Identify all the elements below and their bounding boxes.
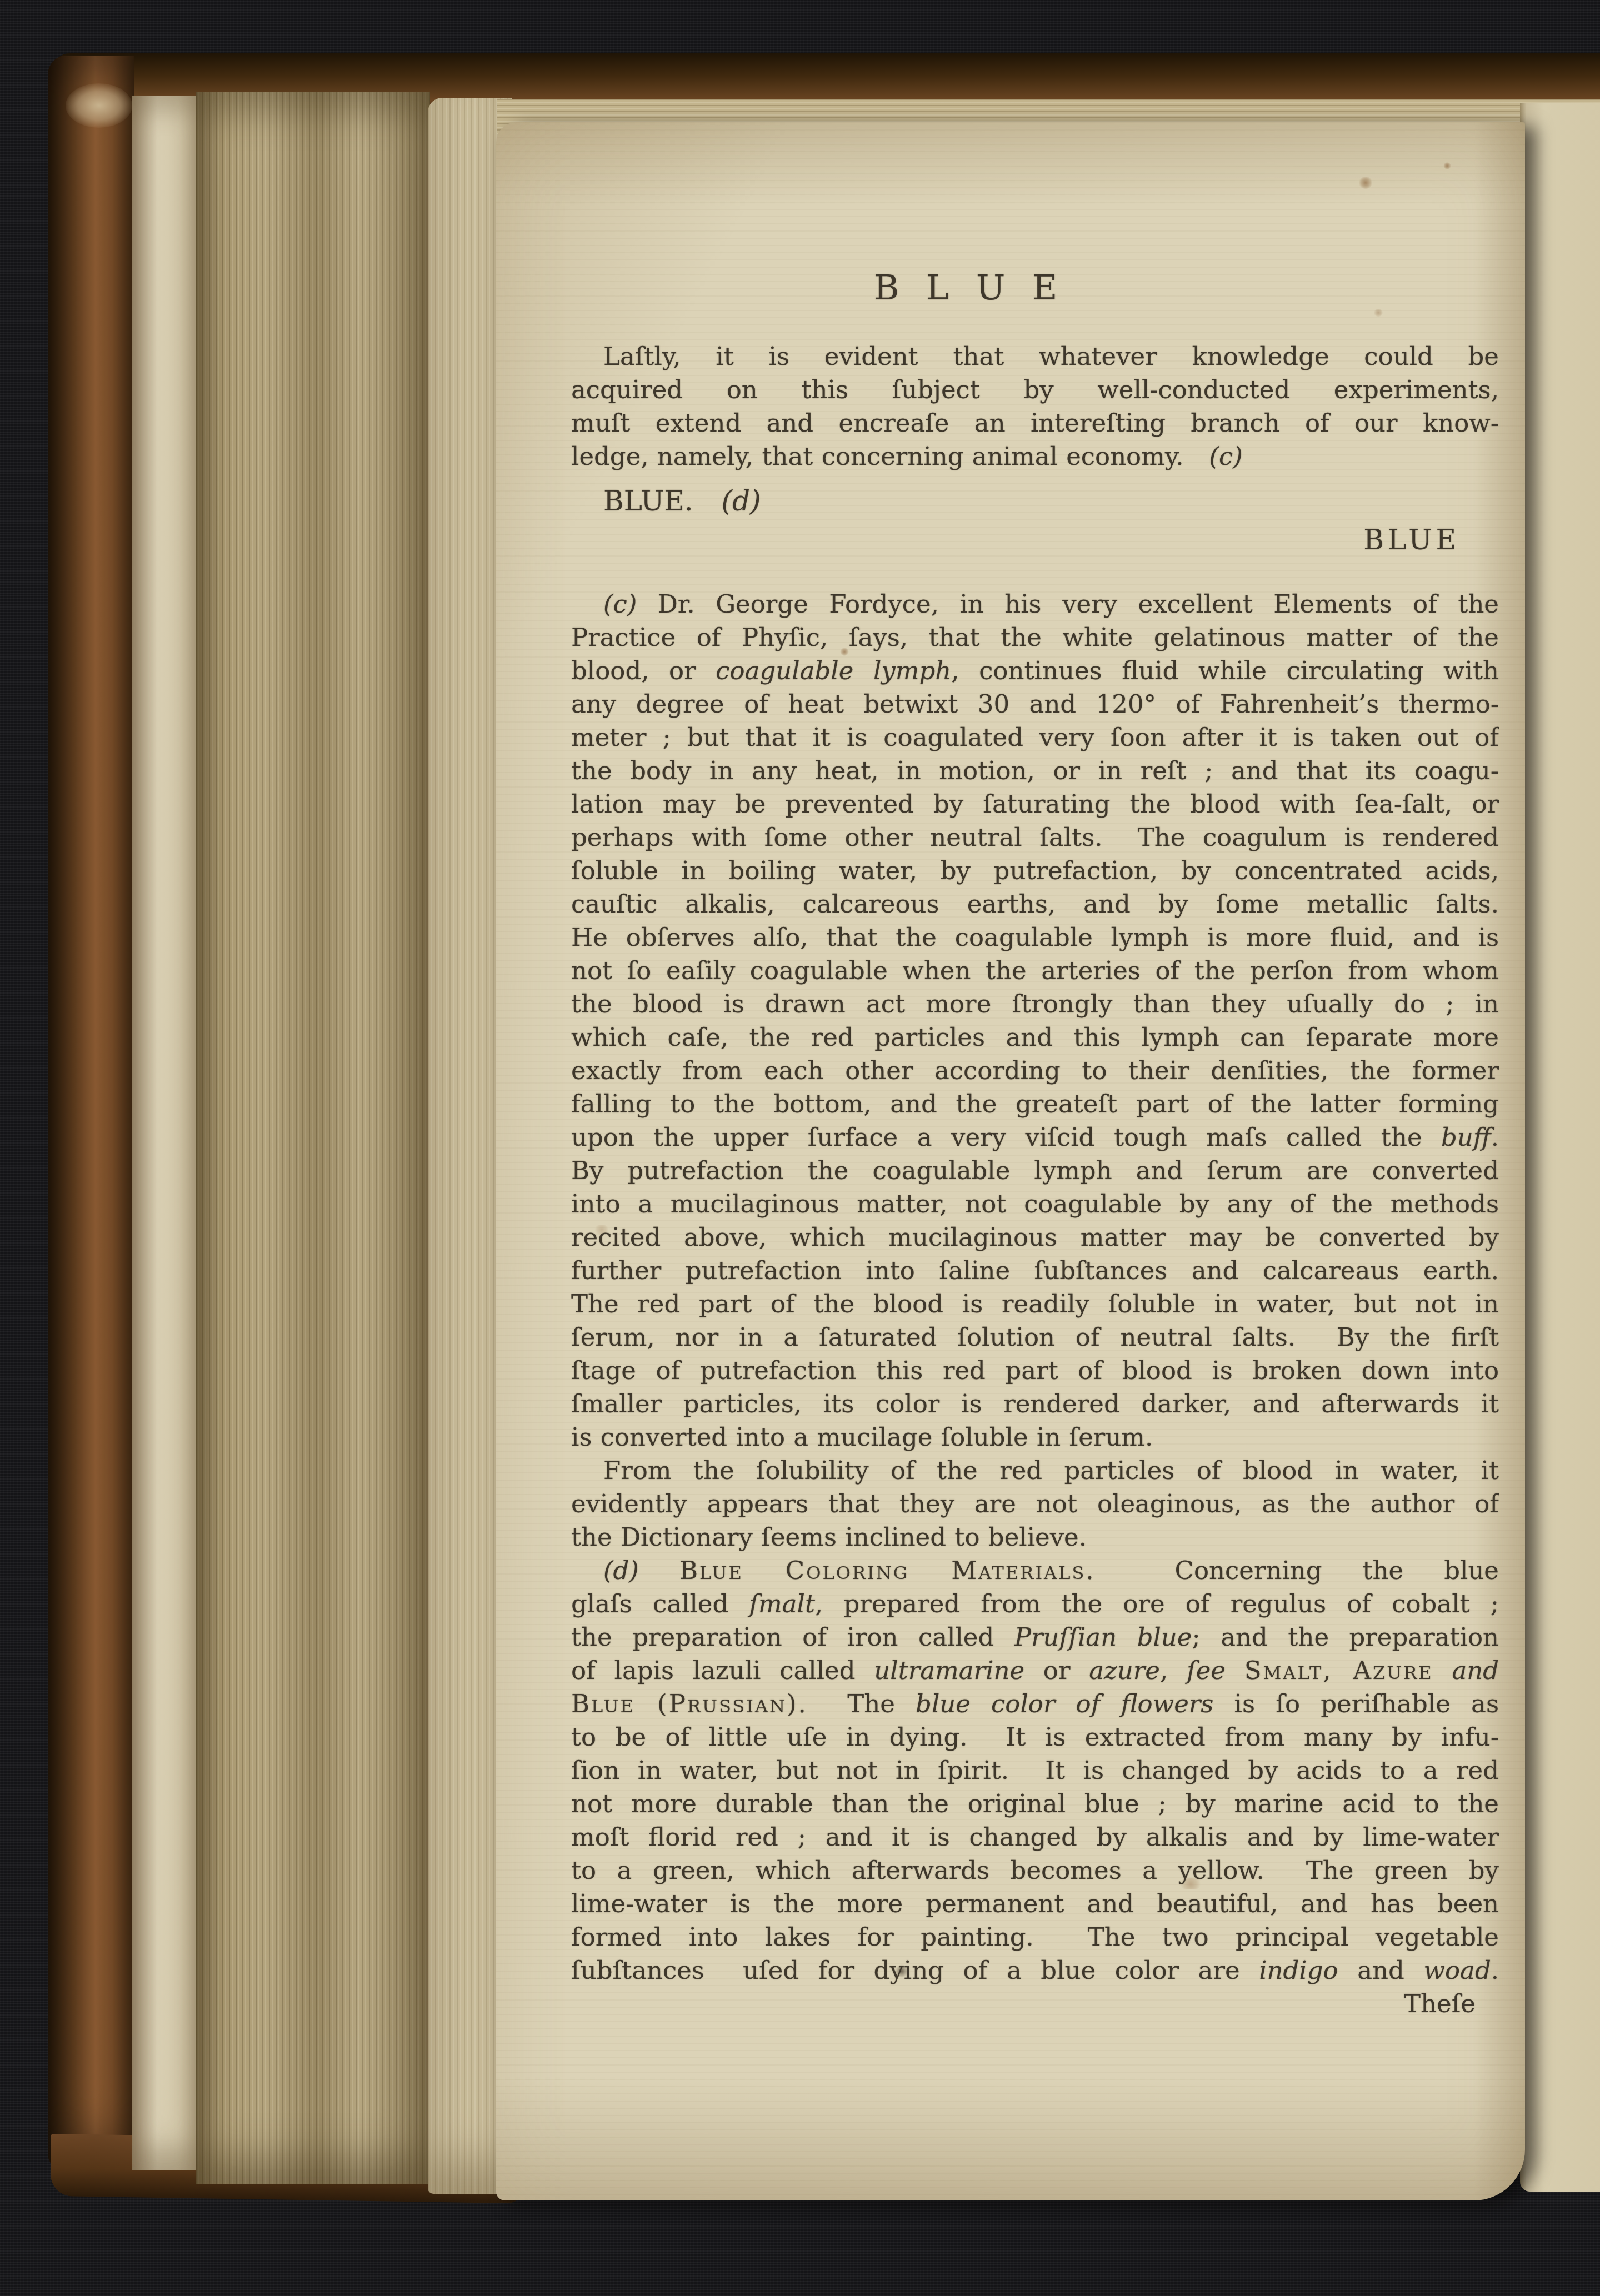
text-segment: the blood is drawn act more ſtrongly tha… bbox=[571, 989, 1499, 1019]
text-segment: is ſo periſhable as bbox=[1213, 1689, 1499, 1718]
text-segment: ; and the preparation bbox=[1192, 1622, 1499, 1652]
text-segment: He obſerves alſo, that the coagulable ly… bbox=[571, 923, 1499, 952]
text-segment: the body in any heat, in motion, or in r… bbox=[571, 756, 1499, 785]
text-segment: acquired on this ſubject by well-conduct… bbox=[571, 375, 1499, 404]
text-line: is converted into a mucilage ſoluble in … bbox=[571, 1421, 1499, 1454]
text-segment: BLUE. bbox=[603, 485, 721, 517]
text-line: of lapis lazuli called ultramarine or az… bbox=[571, 1654, 1499, 1687]
text-line: evidently appears that they are not olea… bbox=[571, 1487, 1499, 1521]
text-segment: blue color of flowers bbox=[916, 1689, 1213, 1718]
text-line: not ſo eaſily coagulable when the arteri… bbox=[571, 954, 1499, 987]
text-line: blood, or coagulable lymph, continues fl… bbox=[571, 654, 1499, 688]
text-segment: to a green, which afterwards becomes a y… bbox=[571, 1856, 1499, 1885]
text-segment: ultramarine bbox=[874, 1656, 1024, 1685]
text-segment: not more durable than the original blue … bbox=[571, 1789, 1499, 1818]
text-line: falling to the bottom, and the greateſt … bbox=[571, 1087, 1499, 1121]
text-segment: blood, or bbox=[571, 656, 716, 685]
text-line: ſerum, nor in a ſaturated ſolution of ne… bbox=[571, 1321, 1499, 1354]
text-segment: exactly from each other according to the… bbox=[571, 1056, 1499, 1085]
text-line: the blood is drawn act more ſtrongly tha… bbox=[571, 987, 1499, 1021]
text-line: lime-water is the more permanent and bea… bbox=[571, 1887, 1499, 1921]
running-head-text: BLUE bbox=[1363, 524, 1460, 556]
text-segment: (c) bbox=[603, 589, 637, 619]
text-line: (d) Blue Coloring Materials. Concerning … bbox=[571, 1554, 1499, 1587]
text-line: He obſerves alſo, that the coagulable ly… bbox=[571, 921, 1499, 954]
text-segment: muſt extend and encreaſe an intereſting … bbox=[571, 408, 1499, 438]
text-line: lation may be prevented by ſaturating th… bbox=[571, 788, 1499, 821]
text-segment: From the ſolubility of the red particles… bbox=[603, 1456, 1499, 1485]
text-line: formed into lakes for painting. The two … bbox=[571, 1921, 1499, 1954]
text-segment: cauſtic alkalis, calcareous earths, and … bbox=[571, 889, 1499, 919]
text-line: cauſtic alkalis, calcareous earths, and … bbox=[571, 888, 1499, 921]
text-line: upon the upper ſurface a very viſcid tou… bbox=[571, 1121, 1499, 1154]
intro-paragraph: Laſtly, it is evident that whatever know… bbox=[571, 340, 1499, 473]
text-segment: woad bbox=[1423, 1956, 1491, 1985]
text-segment: of lapis lazuli called bbox=[571, 1656, 874, 1685]
text-line: which caſe, the red particles and this l… bbox=[571, 1021, 1499, 1054]
text-segment: , prepared from the ore of regulus of co… bbox=[815, 1589, 1499, 1618]
text-line: recited above, which mucilaginous matter… bbox=[571, 1221, 1499, 1254]
text-line: Blue (Prussian). The blue color of flowe… bbox=[571, 1687, 1499, 1721]
text-segment: meter ; but that it is coagulated very ſ… bbox=[571, 723, 1499, 752]
text-line: moſt florid red ; and it is changed by a… bbox=[571, 1821, 1499, 1854]
text-segment: (c) bbox=[1209, 442, 1243, 471]
text-segment: (d) bbox=[721, 485, 761, 517]
text-segment: to be of little uſe in dying. It is extr… bbox=[571, 1722, 1499, 1752]
page-block-fore-edge bbox=[196, 92, 430, 2184]
text-segment: into a mucilaginous matter, not coagulab… bbox=[571, 1189, 1499, 1219]
text-segment: . The bbox=[798, 1689, 916, 1718]
text-line: not more durable than the original blue … bbox=[571, 1787, 1499, 1821]
text-segment: glaſs called bbox=[571, 1589, 749, 1618]
text-segment: ſee bbox=[1187, 1656, 1226, 1685]
text-segment: Pruſſian blue bbox=[1014, 1622, 1192, 1652]
text-line: ſoluble in boiling water, by putrefactio… bbox=[571, 854, 1499, 888]
text-segment: any degree of heat betwixt 30 and 120° o… bbox=[571, 689, 1499, 719]
text-segment: , bbox=[1160, 1656, 1187, 1685]
text-segment: Laſtly, it is evident that whatever know… bbox=[603, 342, 1499, 371]
text-line: Laſtly, it is evident that whatever know… bbox=[571, 340, 1499, 373]
text-segment: evidently appears that they are not olea… bbox=[571, 1489, 1499, 1518]
text-segment: lation may be prevented by ſaturating th… bbox=[571, 789, 1499, 819]
text-line: The red part of the blood is readily ſol… bbox=[571, 1287, 1499, 1321]
text-line: the preparation of iron called Pruſſian … bbox=[571, 1621, 1499, 1654]
text-segment: which caſe, the red particles and this l… bbox=[571, 1022, 1499, 1052]
text-line: (c) Dr. George Fordyce, in his very exce… bbox=[571, 588, 1499, 621]
catchword: Theſe bbox=[571, 1987, 1499, 2021]
text-segment bbox=[1226, 1656, 1244, 1685]
text-segment: , continues fluid while circulating with bbox=[951, 656, 1499, 685]
text-line: perhaps with ſome other neutral ſalts. T… bbox=[571, 821, 1499, 854]
text-line: ledge, namely, that concerning animal ec… bbox=[571, 440, 1499, 473]
text-segment: and bbox=[1452, 1656, 1499, 1685]
text-segment: recited above, which mucilaginous matter… bbox=[571, 1222, 1499, 1252]
text-segment: ſtage of putrefaction this red part of b… bbox=[571, 1356, 1499, 1385]
page-heading: B L U E bbox=[571, 268, 1360, 308]
text-segment: lime-water is the more permanent and bea… bbox=[571, 1889, 1499, 1918]
text-segment: and bbox=[1338, 1956, 1424, 1985]
leather-cover-left-edge bbox=[48, 56, 134, 2170]
text-line: the Dictionary ſeems inclined to believe… bbox=[571, 1521, 1499, 1554]
text-line: the body in any heat, in motion, or in r… bbox=[571, 754, 1499, 788]
text-segment: further putrefaction into ſaline ſubſtan… bbox=[571, 1256, 1499, 1285]
footnote-d-paragraph: (d) Blue Coloring Materials. Concerning … bbox=[571, 1554, 1499, 1987]
text-line: any degree of heat betwixt 30 and 120° o… bbox=[571, 688, 1499, 721]
text-segment: is converted into a mucilage ſoluble in … bbox=[571, 1422, 1153, 1452]
text-line: glaſs called ſmalt, prepared from the or… bbox=[571, 1587, 1499, 1621]
text-segment bbox=[1433, 1656, 1452, 1685]
text-segment: buff bbox=[1441, 1122, 1491, 1152]
text-segment: ſmaller particles, its color is rendered… bbox=[571, 1389, 1499, 1418]
text-segment: By putrefaction the coagulable lymph and… bbox=[571, 1156, 1499, 1185]
text-line: ſmaller particles, its color is rendered… bbox=[571, 1387, 1499, 1421]
text-segment: not ſo eaſily coagulable when the arteri… bbox=[571, 956, 1499, 985]
text-segment: formed into lakes for painting. The two … bbox=[571, 1922, 1499, 1952]
photograph-of-book: B L U E Laſtly, it is evident that whate… bbox=[0, 0, 1600, 2296]
text-segment: ledge, namely, that concerning animal ec… bbox=[571, 442, 1209, 471]
text-segment: perhaps with ſome other neutral ſalts. T… bbox=[571, 823, 1499, 852]
text-segment: the preparation of iron called bbox=[571, 1622, 1014, 1652]
text-line: into a mucilaginous matter, not coagulab… bbox=[571, 1187, 1499, 1221]
catchword-text: Theſe bbox=[1404, 1989, 1476, 2018]
text-segment: The red part of the blood is readily ſol… bbox=[571, 1289, 1499, 1319]
text-segment: moſt florid red ; and it is changed by a… bbox=[571, 1822, 1499, 1852]
text-segment: ſmalt bbox=[749, 1589, 815, 1618]
text-segment: the Dictionary ſeems inclined to believe… bbox=[571, 1522, 1087, 1552]
text-segment: Practice of Phyſic, ſays, that the white… bbox=[571, 623, 1499, 652]
text-segment: Dr. George Fordyce, in his very excellen… bbox=[637, 589, 1499, 619]
text-line: meter ; but that it is coagulated very ſ… bbox=[571, 721, 1499, 754]
text-segment: Blue Coloring Materials bbox=[679, 1556, 1086, 1585]
text-line: acquired on this ſubject by well-conduct… bbox=[571, 373, 1499, 407]
cover-corner-wear bbox=[66, 83, 132, 128]
text-line: ſion in water, but not in ſpirit. It is … bbox=[571, 1754, 1499, 1787]
text-segment: indigo bbox=[1259, 1956, 1338, 1985]
text-segment: ſoluble in boiling water, by putrefactio… bbox=[571, 856, 1499, 885]
text-segment: ſion in water, but not in ſpirit. It is … bbox=[571, 1756, 1499, 1785]
text-line: ſtage of putrefaction this red part of b… bbox=[571, 1354, 1499, 1387]
text-line: From the ſolubility of the red particles… bbox=[571, 1454, 1499, 1487]
text-line: exactly from each other according to the… bbox=[571, 1054, 1499, 1087]
text-segment: ſubſtances uſed for dying of a blue colo… bbox=[571, 1956, 1259, 1985]
text-line: further putrefaction into ſaline ſubſtan… bbox=[571, 1254, 1499, 1287]
text-segment: or bbox=[1024, 1656, 1089, 1685]
text-line: Practice of Phyſic, ſays, that the white… bbox=[571, 621, 1499, 654]
text-line: ſubſtances uſed for dying of a blue colo… bbox=[571, 1954, 1499, 1987]
page-behind bbox=[1520, 103, 1600, 2192]
text-segment: azure bbox=[1089, 1656, 1160, 1685]
text-segment: . bbox=[1491, 1956, 1499, 1985]
text-segment: (d) bbox=[603, 1556, 679, 1585]
text-segment: coagulable lymph bbox=[716, 656, 951, 685]
entry-headword-line: BLUE. (d) bbox=[571, 484, 1499, 518]
text-line: to a green, which afterwards becomes a y… bbox=[571, 1854, 1499, 1887]
text-segment: . bbox=[1491, 1122, 1499, 1152]
page-heading-text: B L U E bbox=[874, 267, 1065, 308]
text-segment: Blue (Prussian) bbox=[571, 1689, 798, 1718]
text-line: BLUE. (d) bbox=[571, 484, 1499, 518]
text-line: muſt extend and encreaſe an intereſting … bbox=[571, 407, 1499, 440]
text-segment: ſerum, nor in a ſaturated ſolution of ne… bbox=[571, 1322, 1499, 1352]
text-segment: . Concerning the blue bbox=[1086, 1556, 1499, 1585]
running-head-right: BLUE bbox=[571, 523, 1499, 557]
text-segment: upon the upper ſurface a very viſcid tou… bbox=[571, 1122, 1441, 1152]
flyleaf-page-edge bbox=[132, 96, 198, 2170]
footnote-c-paragraph: (c) Dr. George Fordyce, in his very exce… bbox=[571, 588, 1499, 1554]
text-line: By putrefaction the coagulable lymph and… bbox=[571, 1154, 1499, 1187]
text-segment: Smalt, Azure bbox=[1244, 1656, 1433, 1685]
page-text-layer: B L U E Laſtly, it is evident that whate… bbox=[496, 122, 1525, 2200]
text-line: to be of little uſe in dying. It is extr… bbox=[571, 1721, 1499, 1754]
text-segment: falling to the bottom, and the greateſt … bbox=[571, 1089, 1499, 1119]
